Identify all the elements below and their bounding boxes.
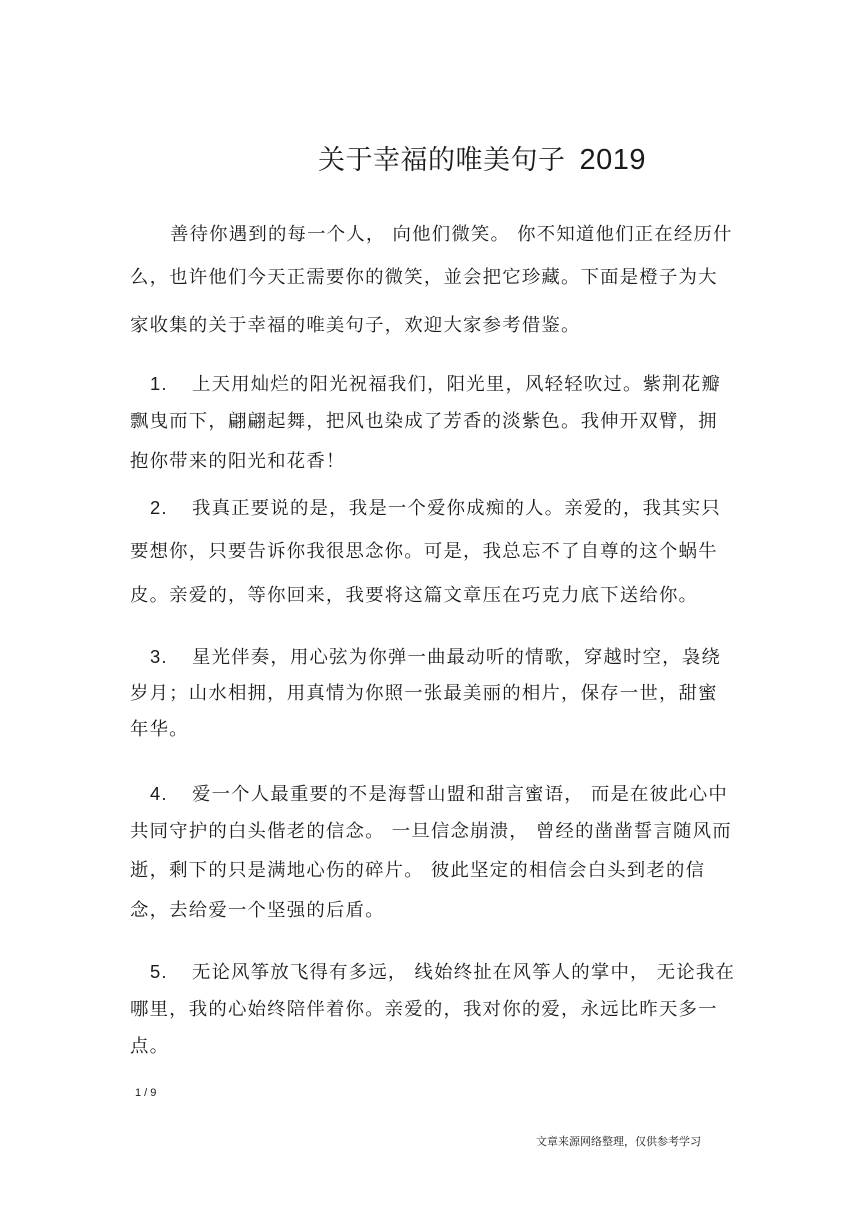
item-number: 2. — [150, 496, 192, 520]
item-number: 5. — [150, 960, 192, 984]
item-line: 念，去给爱一个坚强的后盾。 — [130, 899, 385, 923]
item-line: 年华。 — [130, 718, 189, 742]
item-line: 飘曳而下，翩翩起舞，把风也染成了芳香的淡紫色。我伸开双臂，拥 — [130, 410, 718, 434]
item-line: 哪里，我的心始终陪伴着你。亲爱的，我对你的爱，永远比昨天多一 — [130, 998, 718, 1022]
intro-line: 家收集的关于幸福的唯美句子，欢迎大家参考借鉴。 — [130, 314, 581, 338]
item-line: 上天用灿烂的阳光祝福我们，阳光里，风轻轻吹过。紫荆花瓣 — [192, 374, 721, 395]
item-line: 岁月；山水相拥，用真情为你照一张最美丽的相片，保存一世，甜蜜 — [130, 682, 718, 706]
intro-line: 么，也许他们今天正需要你的微笑，並会把它珍藏。下面是橙子为大 — [130, 266, 718, 290]
item-line: 逝，剩下的只是满地心伤的碎片。 彼此坚定的相信会白头到老的信 — [130, 859, 705, 883]
item-number: 1. — [150, 372, 192, 396]
document-page: 关于幸福的唯美句子2019 善待你遇到的每一个人， 向他们微笑。 你不知道他们正… — [0, 0, 860, 1218]
document-title: 关于幸福的唯美句子2019 — [318, 142, 646, 179]
list-item-3: 3.星光伴奏，用心弦为你弹一曲最动听的情歌，穿越时空，袅绕 — [150, 645, 721, 670]
page-number: 1 / 9 — [135, 1087, 156, 1099]
item-line: 无论风筝放飞得有多远， 线始终扯在风筝人的掌中， 无论我在 — [192, 962, 735, 983]
item-line: 星光伴奏，用心弦为你弹一曲最动听的情歌，穿越时空，袅绕 — [192, 647, 721, 668]
item-number: 4. — [150, 782, 192, 806]
list-item-5: 5.无论风筝放飞得有多远， 线始终扯在风筝人的掌中， 无论我在 — [150, 960, 735, 985]
list-item-4: 4.爱一个人最重要的不是海誓山盟和甜言蜜语， 而是在彼此心中 — [150, 782, 728, 807]
item-line: 共同守护的白头偕老的信念。 一旦信念崩溃， 曾经的凿凿誓言随风而 — [130, 820, 732, 844]
list-item-2: 2.我真正要说的是，我是一个爱你成痴的人。亲爱的，我其实只 — [150, 496, 721, 521]
item-line: 爱一个人最重要的不是海誓山盟和甜言蜜语， 而是在彼此心中 — [192, 784, 728, 805]
title-year: 2019 — [580, 144, 647, 176]
item-line: 我真正要说的是，我是一个爱你成痴的人。亲爱的，我其实只 — [192, 498, 721, 519]
item-line: 抱你带来的阳光和花香！ — [130, 450, 346, 474]
title-text: 关于幸福的唯美句子 — [318, 145, 566, 176]
item-number: 3. — [150, 645, 192, 669]
item-line: 要想你，只要告诉你我很思念你。可是，我总忘不了自尊的这个蜗牛 — [130, 540, 718, 564]
item-line: 皮。亲爱的，等你回来，我要将这篇文章压在巧克力底下送给你。 — [130, 584, 698, 608]
intro-line: 善待你遇到的每一个人， 向他们微笑。 你不知道他们正在经历什 — [170, 223, 733, 247]
item-line: 点。 — [130, 1035, 169, 1059]
footer-note: 文章来源网络整理，仅供参考学习 — [536, 1133, 701, 1149]
list-item-1: 1.上天用灿烂的阳光祝福我们，阳光里，风轻轻吹过。紫荆花瓣 — [150, 372, 721, 397]
